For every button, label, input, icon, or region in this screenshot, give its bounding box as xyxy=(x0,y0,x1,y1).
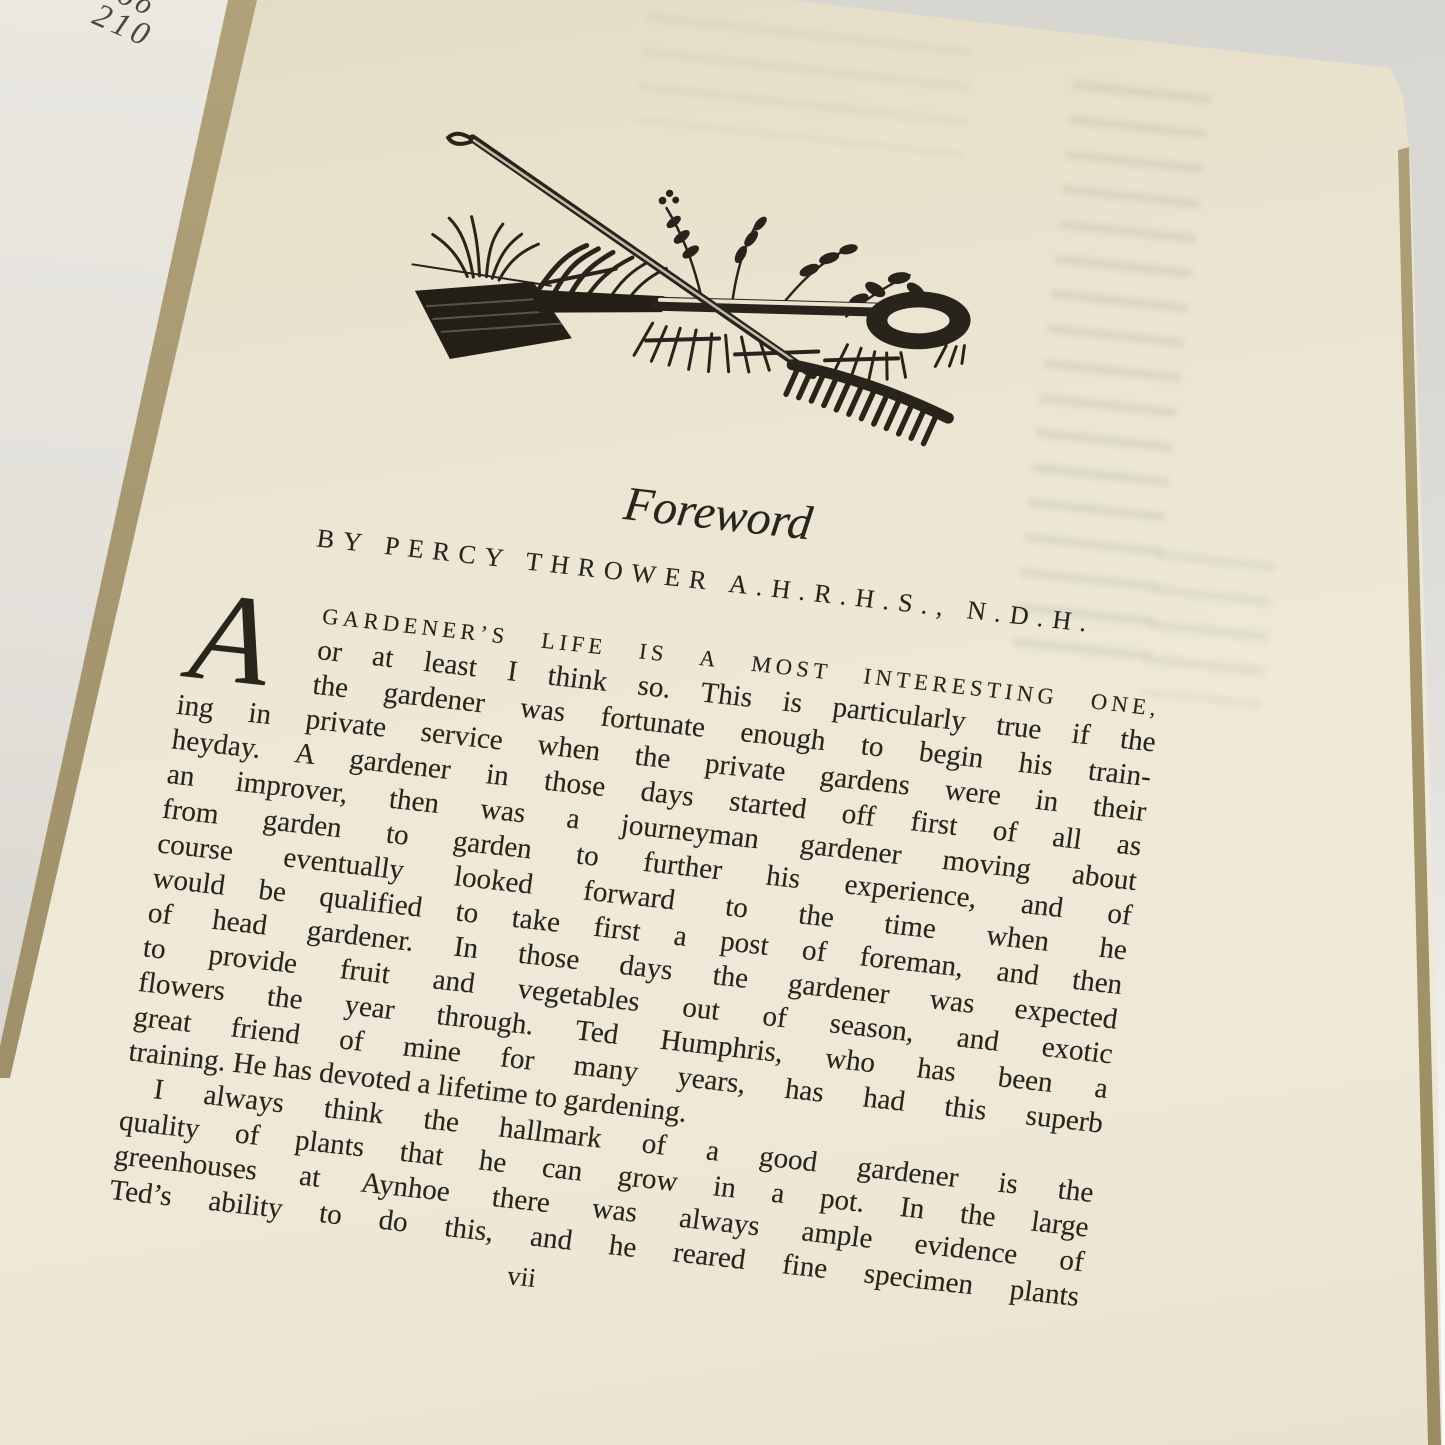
page-content: Foreword BY PERCY THROWER A.H.R.H.S., N.… xyxy=(102,83,1232,1355)
spade-and-rake-illustration xyxy=(385,119,1050,470)
book-photo-scene: oo 210 xyxy=(0,0,1445,1445)
drop-cap: A xyxy=(186,582,312,698)
